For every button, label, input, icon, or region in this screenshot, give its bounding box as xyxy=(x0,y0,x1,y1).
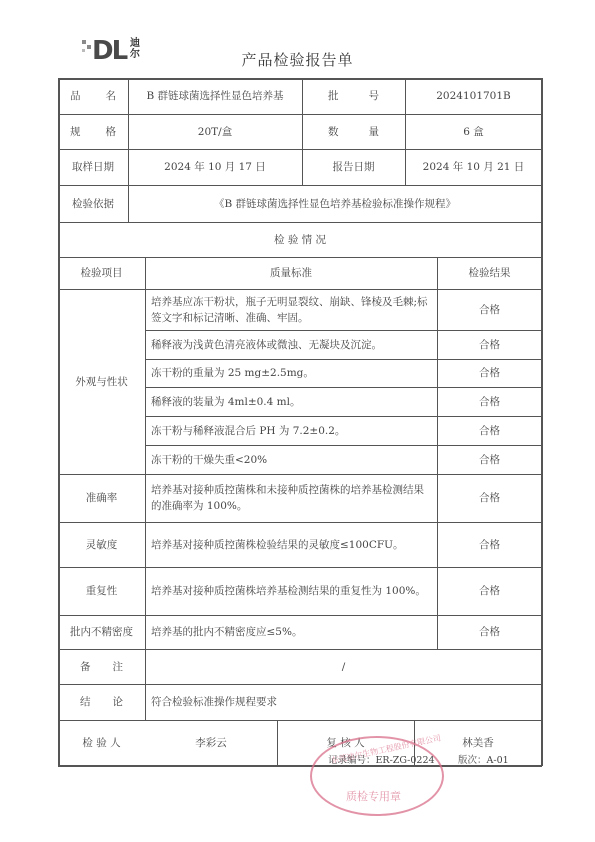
stamp-seal-text: 质检专用章 xyxy=(346,788,401,804)
label-char: 结 xyxy=(80,694,91,710)
item-imprecision: 批内不精密度 xyxy=(58,615,145,649)
standard-text: 培养基对接种质控菌株培养基检测结果的重复性为 100%。 xyxy=(145,567,437,615)
col-header-item: 检验项目 xyxy=(58,257,145,289)
batch-value: 2024101701B xyxy=(405,78,542,114)
report-date-value: 2024 年 10 月 21 日 xyxy=(405,149,542,185)
item-accuracy: 准确率 xyxy=(58,474,145,522)
col-header-standard: 质量标准 xyxy=(145,257,437,289)
record-number: 记录编号：ER-ZG-0224 xyxy=(328,752,435,766)
result-text: 合格 xyxy=(437,615,542,649)
remarks-value: / xyxy=(145,649,542,684)
label-char: 注 xyxy=(113,659,124,675)
sample-date-label: 取样日期 xyxy=(58,149,128,185)
standard-text: 稀释液的装量为 4ml±0.4 ml。 xyxy=(145,387,437,416)
result-text: 合格 xyxy=(437,387,542,416)
label-char: 品 xyxy=(70,88,81,104)
standard-text: 培养基对接种质控菌株检验结果的灵敏度≤100CFU。 xyxy=(145,522,437,567)
sample-date-value: 2024 年 10 月 17 日 xyxy=(128,149,302,185)
inspector-label: 检 验 人 xyxy=(58,720,145,766)
basis-label: 检验依据 xyxy=(58,185,128,222)
basis-value: 《B 群链球菌选择性显色培养基检验标准操作规程》 xyxy=(128,185,542,222)
product-name-label: 品名 xyxy=(58,78,128,114)
label-char: 备 xyxy=(80,659,91,675)
result-text: 合格 xyxy=(437,445,542,474)
result-text: 合格 xyxy=(437,359,542,387)
remarks-label: 备注 xyxy=(58,649,145,684)
label-char: 批 xyxy=(328,88,339,104)
label-char: 名 xyxy=(106,88,117,104)
standard-text: 培养基对接种质控菌株和未接种质控菌株的培养基检测结果的准确率为 100%。 xyxy=(145,474,437,522)
quantity-label: 数量 xyxy=(302,114,405,149)
col-header-result: 检验结果 xyxy=(437,257,542,289)
result-text: 合格 xyxy=(437,474,542,522)
batch-label: 批号 xyxy=(302,78,405,114)
conclusion-label: 结论 xyxy=(58,684,145,720)
inspector-name: 李彩云 xyxy=(145,720,277,766)
standard-text: 冻干粉的重量为 25 mg±2.5mg。 xyxy=(145,359,437,387)
result-text: 合格 xyxy=(437,522,542,567)
spec-label: 规格 xyxy=(58,114,128,149)
spec-value: 20T/盒 xyxy=(128,114,302,149)
section-title: 检 验 情 况 xyxy=(58,222,542,257)
standard-text: 培养基的批内不精密度应≤5%。 xyxy=(145,615,437,649)
label-char: 论 xyxy=(113,694,124,710)
result-text: 合格 xyxy=(437,330,542,359)
item-repeatability: 重复性 xyxy=(58,567,145,615)
product-name-value: B 群链球菌选择性显色培养基 xyxy=(128,78,302,114)
item-sensitivity: 灵敏度 xyxy=(58,522,145,567)
label-char: 格 xyxy=(106,124,117,140)
item-appearance: 外观与性状 xyxy=(58,289,145,474)
result-text: 合格 xyxy=(437,567,542,615)
result-text: 合格 xyxy=(437,289,542,330)
label-char: 数 xyxy=(328,124,339,140)
report-date-label: 报告日期 xyxy=(302,149,405,185)
label-char: 量 xyxy=(369,124,380,140)
standard-text: 稀释液为浅黄色清亮液体或微浊、无凝块及沉淀。 xyxy=(145,330,437,359)
quality-inspection-stamp: 东莞迪尔生物工程股份有限公司 质检专用章 xyxy=(310,736,444,816)
label-char: 号 xyxy=(369,88,380,104)
standard-text: 冻干粉与稀释液混合后 PH 为 7.2±0.2。 xyxy=(145,416,437,445)
version: 版次：A-01 xyxy=(458,752,509,766)
result-text: 合格 xyxy=(437,416,542,445)
conclusion-value: 符合检验标准操作规程要求 xyxy=(145,684,542,720)
quantity-value: 6 盒 xyxy=(405,114,542,149)
label-char: 规 xyxy=(70,124,81,140)
standard-text: 培养基应冻干粉状，瓶子无明显裂纹、崩缺、锋棱及毛棘;标签文字和标记清晰、准确、牢… xyxy=(145,289,437,330)
standard-text: 冻干粉的干燥失重<20% xyxy=(145,445,437,474)
